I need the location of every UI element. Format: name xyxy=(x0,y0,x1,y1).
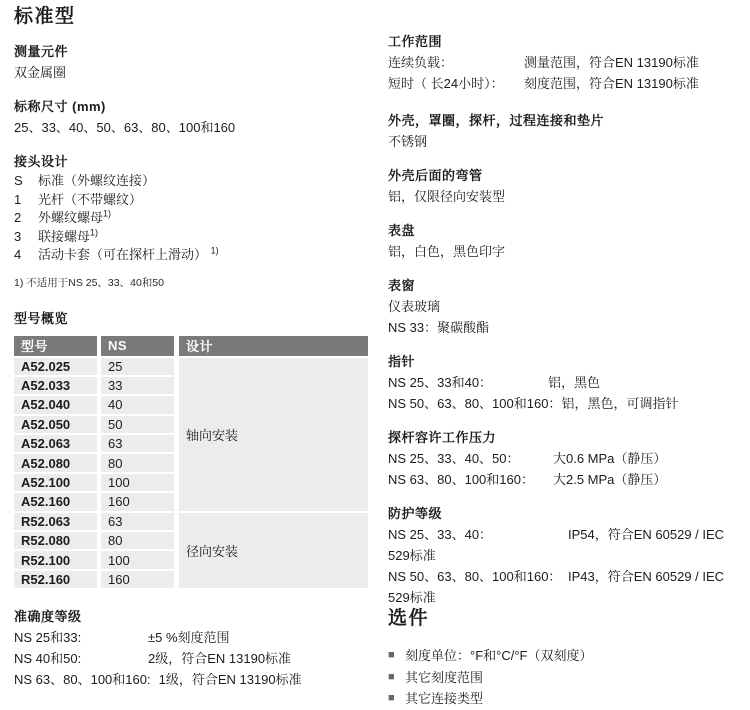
item-text: 活动卡套（可在探杆上滑动） 1) xyxy=(38,246,219,265)
cell-model: R52.063 xyxy=(14,513,101,532)
spec-label: NS 25和33: xyxy=(14,627,148,648)
spec-line: 连续负载：测量范围，符合EN 13190标准 xyxy=(388,52,740,73)
section-text: 双金属圈 xyxy=(14,62,372,83)
item-text: 标准（外螺纹连接） xyxy=(38,172,155,191)
spec-line: NS 25、33、40：IP54，符合EN 60529 / IEC xyxy=(388,524,740,545)
cell-model: A52.080 xyxy=(14,454,101,473)
cell-design-axial: 轴向安装 xyxy=(179,358,368,513)
spec-line: 短时（ 长24小时）：刻度范围，符合EN 13190标准 xyxy=(388,73,740,94)
section-connection-design: 接头设计 S标准（外螺纹连接） 1光杆（不带螺纹） 2外螺纹螺母1) 3联接螺母… xyxy=(14,151,372,290)
section-heading: 工作范围 xyxy=(388,31,740,52)
spec-value: IP54，符合EN 60529 / IEC xyxy=(568,524,740,545)
section-heading: 外壳后面的弯管 xyxy=(388,165,740,186)
item-code: 1 xyxy=(14,191,38,210)
cell-model: A52.160 xyxy=(14,493,101,512)
section-heading: 防护等级 xyxy=(388,503,740,524)
section-heading: 外壳，罩圈，探杆，过程连接和垫片 xyxy=(388,110,740,131)
option-item: ■其它连接类型 xyxy=(388,688,740,710)
cell-ns: 33 xyxy=(101,377,179,396)
cell-model: R52.080 xyxy=(14,532,101,551)
spec-value: 2级，符合EN 13190标准 xyxy=(148,648,372,669)
spec-line: NS 25和33:±5 %刻度范围 xyxy=(14,627,372,648)
footnote-marker: 1) xyxy=(103,209,111,219)
section-heading: 测量元件 xyxy=(14,41,372,62)
item-code: S xyxy=(14,172,38,191)
spec-label: NS 25、33、40、50： xyxy=(388,448,553,469)
section-text: 不锈钢 xyxy=(388,131,740,152)
section-accuracy: 准确度等级 NS 25和33:±5 %刻度范围 NS 40和50:2级，符合EN… xyxy=(14,606,372,690)
column-header-ns: NS xyxy=(101,336,179,358)
section-text: 25、33、40、50、63、80、100和160 xyxy=(14,117,372,138)
cell-ns: 160 xyxy=(101,493,179,512)
bullet-square-icon: ■ xyxy=(388,667,405,689)
cell-design-radial: 径向安装 xyxy=(179,513,368,591)
list-item: 1光杆（不带螺纹） xyxy=(14,191,372,210)
spec-label: 连续负载： xyxy=(388,52,524,73)
list-item: 4活动卡套（可在探杆上滑动） 1) xyxy=(14,246,372,265)
table-header-row: 型号 NS 设计 xyxy=(14,336,368,358)
section-pointer: 指针 NS 25、33和40：铝，黑色 NS 50、63、80、100和160：… xyxy=(388,351,740,414)
table-row: A52.025 25 轴向安装 xyxy=(14,358,368,377)
item-text: 光杆（不带螺纹） xyxy=(38,191,142,210)
section-heading: 型号概览 xyxy=(14,308,372,329)
section-heading: 表盘 xyxy=(388,220,740,241)
cell-ns: 100 xyxy=(101,474,179,493)
spec-value: 铝，黑色，可调指针 xyxy=(561,393,740,414)
option-text: 其它连接类型 xyxy=(405,688,483,710)
section-nominal-size: 标称尺寸 (mm) 25、33、40、50、63、80、100和160 xyxy=(14,96,372,138)
option-item: ■刻度单位：°F和°C/°F（双刻度） xyxy=(388,645,740,667)
cell-model: A52.033 xyxy=(14,377,101,396)
spec-label: NS 50、63、80、100和160： xyxy=(388,566,568,587)
spec-label: NS 40和50: xyxy=(14,648,148,669)
spec-line: NS 63、80、100和160：大2.5 MPa（静压） xyxy=(388,469,740,490)
spec-label: NS 25、33和40： xyxy=(388,372,548,393)
section-heading: 指针 xyxy=(388,351,740,372)
column-header-design: 设计 xyxy=(179,336,368,358)
section-measuring-element: 测量元件 双金属圈 xyxy=(14,41,372,83)
spec-line: NS 25、33、40、50：大0.6 MPa（静压） xyxy=(388,448,740,469)
spec-label: NS 50、63、80、100和160： xyxy=(388,393,561,414)
footnote-marker: 1) xyxy=(90,227,98,237)
cell-ns: 80 xyxy=(101,454,179,473)
options-list: ■刻度单位：°F和°C/°F（双刻度） ■其它刻度范围 ■其它连接类型 xyxy=(388,645,740,710)
spec-value-wrap: 529标准 xyxy=(388,587,740,608)
section-pressure: 探杆容许工作压力 NS 25、33、40、50：大0.6 MPa（静压） NS … xyxy=(388,427,740,490)
spec-label: NS 63、80、100和160： xyxy=(388,469,553,490)
spec-value-wrap: 529标准 xyxy=(388,545,740,566)
cell-model: A52.025 xyxy=(14,358,101,377)
section-heading: 接头设计 xyxy=(14,151,372,172)
section-heading: 表窗 xyxy=(388,275,740,296)
cell-model: A52.050 xyxy=(14,416,101,435)
section-text: 铝，白色，黑色印字 xyxy=(388,241,740,262)
spec-value: 测量范围，符合EN 13190标准 xyxy=(524,52,740,73)
cell-ns: 63 xyxy=(101,513,179,532)
item-code: 3 xyxy=(14,228,38,247)
section-heading: 标称尺寸 (mm) xyxy=(14,96,372,117)
table-row: R52.063 63 径向安装 xyxy=(14,513,368,532)
cell-ns: 100 xyxy=(101,551,179,570)
model-table: 型号 NS 设计 A52.025 25 轴向安装 A52.03333 A52.0… xyxy=(14,336,368,591)
spec-value: ±5 %刻度范围 xyxy=(148,627,372,648)
section-case: 外壳，罩圈，探杆，过程连接和垫片 不锈钢 xyxy=(388,110,740,152)
cell-model: A52.100 xyxy=(14,474,101,493)
cell-ns: 160 xyxy=(101,571,179,590)
section-text: NS 33：聚碳酸酯 xyxy=(388,317,740,338)
spec-line: NS 63、80、100和160:1级，符合EN 13190标准 xyxy=(14,669,372,690)
spec-label: NS 25、33、40： xyxy=(388,524,568,545)
spec-line: NS 50、63、80、100和160：IP43，符合EN 60529 / IE… xyxy=(388,566,740,587)
spec-value: 大0.6 MPa（静压） xyxy=(553,448,740,469)
cell-ns: 50 xyxy=(101,416,179,435)
bullet-square-icon: ■ xyxy=(388,688,405,710)
footnote-marker: 1) xyxy=(211,246,219,256)
spec-line: NS 25、33和40：铝，黑色 xyxy=(388,372,740,393)
page-title: 标准型 xyxy=(14,6,372,28)
section-text: 铝，仅限径向安装型 xyxy=(388,186,740,207)
cell-ns: 80 xyxy=(101,532,179,551)
section-window: 表窗 仪表玻璃 NS 33：聚碳酸酯 xyxy=(388,275,740,338)
item-text: 联接螺母1) xyxy=(38,228,98,247)
spec-label: 短时（ 长24小时）： xyxy=(388,73,524,94)
option-item: ■其它刻度范围 xyxy=(388,667,740,689)
left-column: 标准型 测量元件 双金属圈 标称尺寸 (mm) 25、33、40、50、63、8… xyxy=(14,6,372,710)
options-title: 选件 xyxy=(388,608,740,630)
spec-line: NS 50、63、80、100和160：铝，黑色，可调指针 xyxy=(388,393,740,414)
spec-value: IP43，符合EN 60529 / IEC xyxy=(568,566,740,587)
item-code: 4 xyxy=(14,246,38,265)
section-heading: 探杆容许工作压力 xyxy=(388,427,740,448)
item-text: 外螺纹螺母1) xyxy=(38,209,111,228)
section-bend: 外壳后面的弯管 铝，仅限径向安装型 xyxy=(388,165,740,207)
item-code: 2 xyxy=(14,209,38,228)
cell-ns: 63 xyxy=(101,435,179,454)
section-working-range: 工作范围 连续负载：测量范围，符合EN 13190标准 短时（ 长24小时）：刻… xyxy=(388,31,740,94)
section-text: 仪表玻璃 xyxy=(388,296,740,317)
column-header-model: 型号 xyxy=(14,336,101,358)
list-item: 2外螺纹螺母1) xyxy=(14,209,372,228)
section-model-overview: 型号概览 型号 NS 设计 A52.025 25 轴向安装 A52.03333 xyxy=(14,308,372,591)
option-text: 刻度单位：°F和°C/°F（双刻度） xyxy=(405,645,592,667)
section-heading: 准确度等级 xyxy=(14,606,372,627)
list-item: S标准（外螺纹连接） xyxy=(14,172,372,191)
spec-value: 铝，黑色 xyxy=(548,372,740,393)
cell-model: R52.160 xyxy=(14,571,101,590)
bullet-square-icon: ■ xyxy=(388,645,405,667)
spec-value: 刻度范围，符合EN 13190标准 xyxy=(524,73,740,94)
cell-model: R52.100 xyxy=(14,551,101,570)
section-ingress-protection: 防护等级 NS 25、33、40：IP54，符合EN 60529 / IEC 5… xyxy=(388,503,740,608)
right-column: 工作范围 连续负载：测量范围，符合EN 13190标准 短时（ 长24小时）：刻… xyxy=(388,6,740,710)
cell-model: A52.040 xyxy=(14,396,101,415)
cell-model: A52.063 xyxy=(14,435,101,454)
section-dial: 表盘 铝，白色，黑色印字 xyxy=(388,220,740,262)
spec-label: NS 63、80、100和160: xyxy=(14,669,151,690)
list-item: 3联接螺母1) xyxy=(14,228,372,247)
option-text: 其它刻度范围 xyxy=(405,667,483,689)
cell-ns: 25 xyxy=(101,358,179,377)
datasheet-page: 标准型 测量元件 双金属圈 标称尺寸 (mm) 25、33、40、50、63、8… xyxy=(0,0,750,710)
spec-value: 1级，符合EN 13190标准 xyxy=(151,669,372,690)
spec-line: NS 40和50:2级，符合EN 13190标准 xyxy=(14,648,372,669)
cell-ns: 40 xyxy=(101,396,179,415)
spec-value: 大2.5 MPa（静压） xyxy=(553,469,740,490)
footnote: 1) 不适用于NS 25、33、40和50 xyxy=(14,275,372,290)
